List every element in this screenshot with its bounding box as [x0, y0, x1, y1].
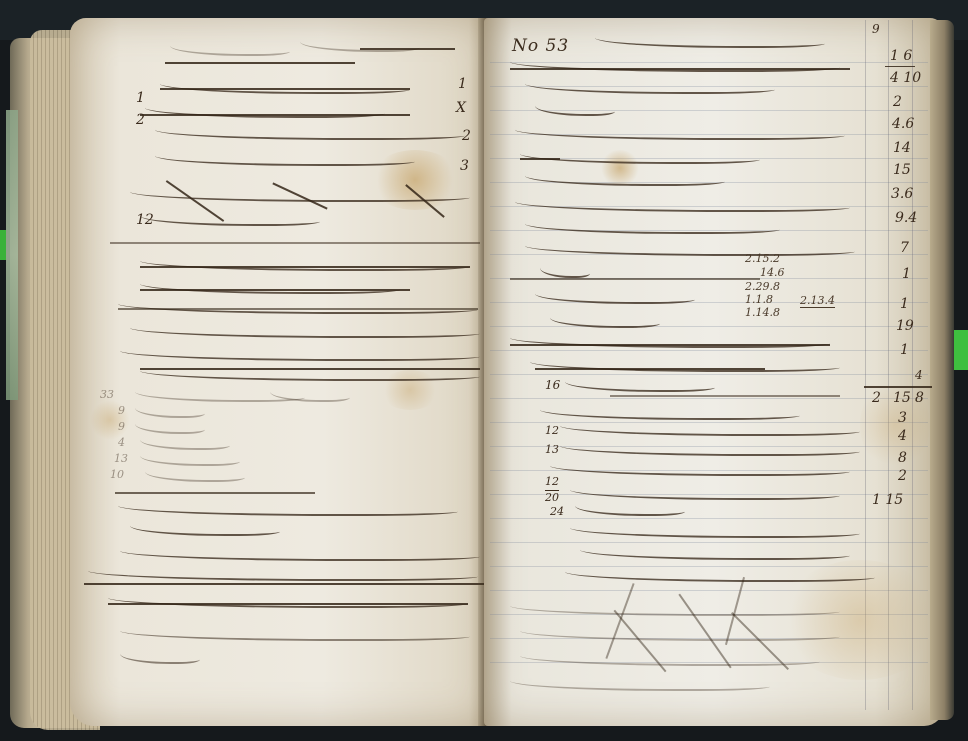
row-prefix-number: 16 [545, 378, 560, 392]
amount-value: 2 [893, 94, 902, 110]
strikethrough [535, 368, 765, 370]
strikethrough [118, 308, 478, 310]
amount-value: 3.6 [891, 186, 913, 202]
amount-value: 8 [898, 450, 907, 466]
amount-value: 1 [902, 266, 911, 282]
ruled-line [490, 374, 928, 375]
amount-value: 4.6 [892, 116, 914, 132]
margin-number: X [456, 100, 466, 116]
amount-value: 14 [893, 140, 911, 156]
subtotal-mid: 15 [893, 390, 911, 406]
amount-value: 9.4 [895, 210, 917, 226]
strikethrough [520, 158, 560, 160]
green-marker-right [954, 330, 968, 370]
row-prefix-number: 13 [545, 443, 559, 456]
ruled-line [490, 542, 928, 543]
amount-value: 7 [900, 240, 909, 256]
amount-value: 1 15 [872, 492, 903, 508]
ink-rule [110, 242, 480, 244]
margin-number: 2 [462, 128, 471, 144]
green-marker-left [0, 230, 6, 260]
ink-rule [610, 395, 840, 397]
faded-number: 9 [118, 420, 125, 433]
ink-rule [115, 492, 315, 494]
subtotal-left: 2 [872, 390, 881, 406]
inline-sum: 2.15.2 [745, 252, 780, 265]
strikethrough [510, 68, 850, 70]
amount-value: 19 [896, 318, 914, 334]
subtotal-rule [864, 386, 932, 388]
strikethrough [84, 583, 484, 585]
inline-sum: 2.29.8 [745, 280, 780, 293]
ledger-photo-scene: 1 X 2 3 1 2 12 33 9 9 4 13 10 [0, 0, 968, 741]
amount-value: 3 [898, 410, 907, 426]
amount-value: 4 [898, 428, 907, 444]
spine-binding-strip [6, 110, 18, 400]
amount-value: 1 6 [890, 48, 912, 64]
strikethrough [510, 344, 830, 346]
margin-number: 1 [136, 90, 145, 106]
ink-rule [885, 66, 915, 67]
strikethrough [140, 289, 410, 291]
strikethrough [140, 114, 410, 116]
ruled-line [490, 518, 928, 519]
ink-rule [165, 62, 355, 64]
row-prefix-number: 12 [545, 424, 559, 437]
ink-rule [510, 278, 760, 280]
ruled-line [490, 302, 928, 303]
strikethrough [108, 603, 468, 605]
page-number-label: No 53 [512, 36, 569, 56]
margin-number: 3 [460, 158, 469, 174]
inline-sum-total: 2.13.4 [800, 294, 835, 308]
strikethrough [140, 266, 470, 268]
inline-sum: 1.14.8 [745, 306, 780, 319]
inline-sum: 14.6 [760, 266, 785, 279]
faded-number: 9 [118, 404, 125, 417]
top-right-mark: 9 [872, 22, 880, 36]
amount-value: 1 [900, 342, 909, 358]
faded-number: 4 [118, 436, 125, 449]
row-prefix-number: 20 [545, 490, 559, 504]
subtotal-right: 8 [915, 390, 924, 406]
margin-number: 2 [136, 112, 145, 128]
amount-value: 15 [893, 162, 911, 178]
amount-value: 4 10 [890, 70, 921, 86]
amount-value: 2 [898, 468, 907, 484]
faded-number: 10 [110, 468, 124, 481]
faded-number: 33 [100, 388, 114, 401]
row-prefix-number: 12 [545, 475, 559, 488]
ruled-line [490, 398, 928, 399]
row-prefix-number: 24 [550, 505, 564, 518]
ink-rule [360, 48, 455, 50]
ruled-line [490, 326, 928, 327]
faded-number: 13 [114, 452, 128, 465]
amount-value: 1 [900, 296, 909, 312]
strikethrough [140, 368, 480, 370]
inline-sum: 1.1.8 [745, 293, 773, 306]
margin-number: 1 [458, 76, 467, 92]
margin-number: 12 [136, 212, 154, 228]
ruled-line [490, 350, 928, 351]
strikethrough [160, 88, 410, 90]
amount-value: 4 [915, 368, 923, 382]
